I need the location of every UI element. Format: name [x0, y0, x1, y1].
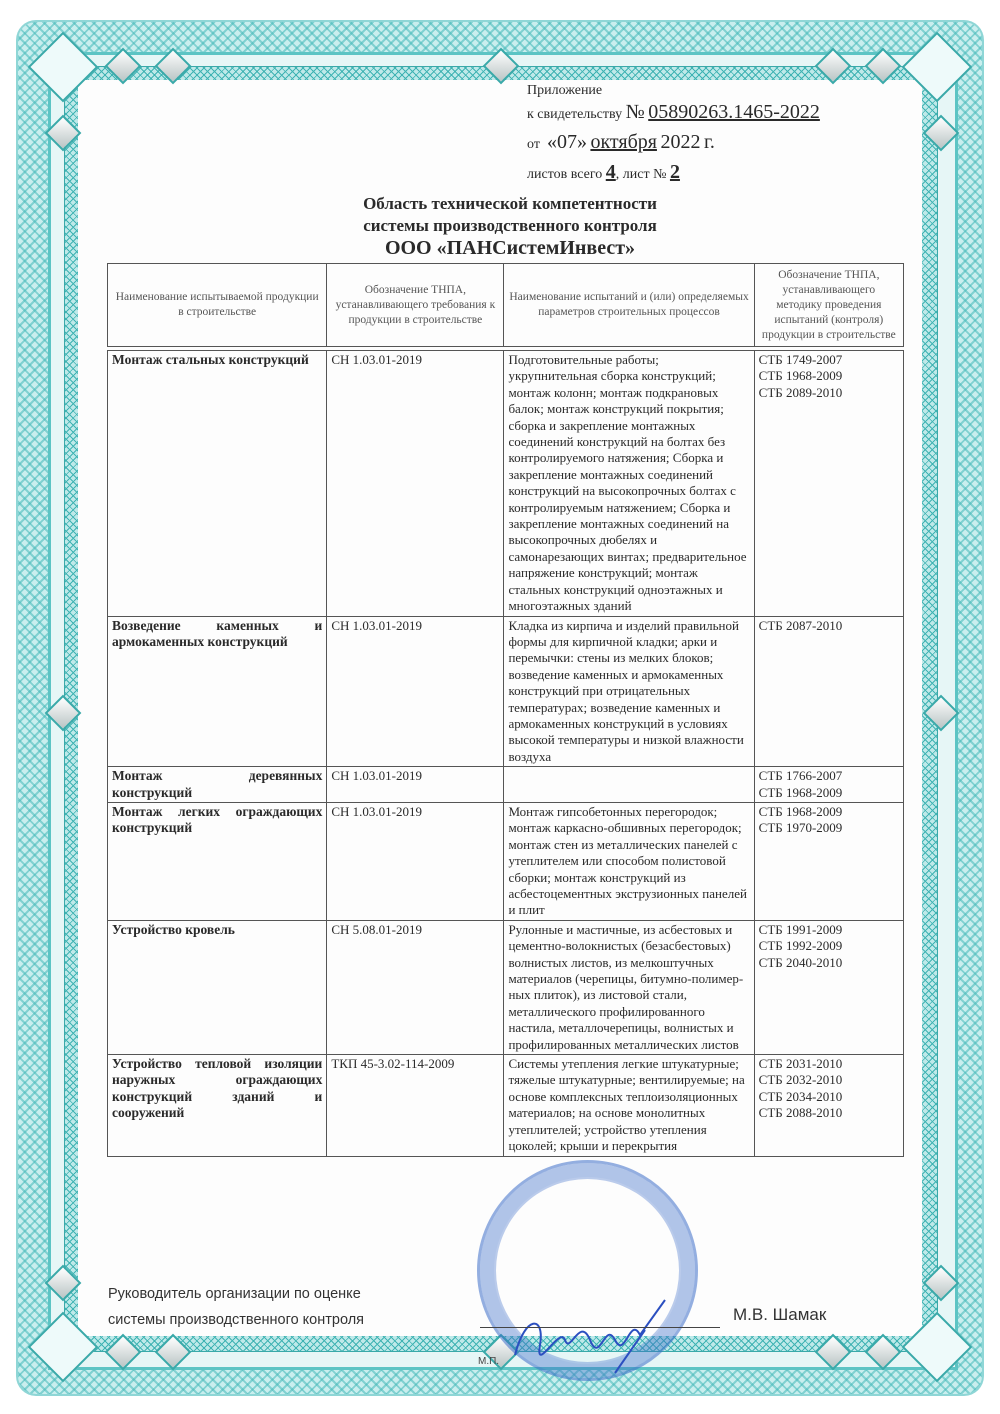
date-year: 2022 [660, 131, 700, 153]
signer-title: Руководитель организации по оценке систе… [108, 1281, 364, 1333]
method-standard: СТБ 1766-2007 [759, 768, 899, 784]
signer-title-line-1: Руководитель организации по оценке [108, 1281, 364, 1307]
method-standard: СТБ 1968-2009 [759, 368, 899, 384]
method-standard: СТБ 2034-2010 [759, 1089, 899, 1105]
product-name: Устройство тепловой изоляции наружных ог… [108, 1055, 327, 1156]
date-suffix: г. [704, 131, 715, 153]
date-prefix: от [527, 137, 540, 152]
certificate-reference: к свидетельству № 05890263.1465-2022 [527, 102, 820, 122]
signature-line [480, 1327, 720, 1328]
method-standard: СТБ 1749-2007 [759, 352, 899, 368]
method-standard: СТБ 1991-2009 [759, 922, 899, 938]
method-standards: СТБ 2087-2010 [754, 616, 903, 767]
test-description [504, 767, 754, 803]
method-standard: СТБ 1970-2009 [759, 820, 899, 836]
product-tnpa: СН 5.08.01-2019 [327, 920, 504, 1054]
column-header-tests: Наименование испытаний и (или) определяе… [504, 264, 754, 347]
document-title: Область технической компетентности систе… [250, 193, 770, 259]
signer-title-line-2: системы производственного контроля [108, 1307, 364, 1333]
method-standards: СТБ 1968-2009СТБ 1970-2009 [754, 802, 903, 920]
product-tnpa: ТКП 45-3.02-114-2009 [327, 1055, 504, 1156]
column-header-product: Наименование испытываемой продукции в ст… [108, 264, 327, 347]
title-line-2: системы производственного контроля [250, 215, 770, 237]
product-name: Монтаж стальных конструкций [108, 351, 327, 617]
sheet-number-sign: № [653, 167, 666, 182]
method-standards: СТБ 1749-2007СТБ 1968-2009СТБ 2089-2010 [754, 351, 903, 617]
method-standard: СТБ 2088-2010 [759, 1105, 899, 1121]
method-standard: СТБ 1968-2009 [759, 804, 899, 820]
product-tnpa: СН 1.03.01-2019 [327, 802, 504, 920]
appendix-label: Приложение [527, 84, 602, 98]
date-day: «07» [547, 131, 587, 153]
sheet-number: 2 [670, 161, 680, 183]
method-standard: СТБ 2040-2010 [759, 955, 899, 971]
method-standard: СТБ 1968-2009 [759, 785, 899, 801]
title-line-1: Область технической компетентности [250, 193, 770, 215]
product-tnpa: СН 1.03.01-2019 [327, 616, 504, 767]
certificate-number: 05890263.1465-2022 [648, 101, 820, 123]
test-description: Подготовительные работы; укрупнительная … [504, 351, 754, 617]
product-tnpa: СН 1.03.01-2019 [327, 351, 504, 617]
signature-icon [505, 1295, 675, 1375]
table-row: Устройство тепловой изоляции наружных ог… [108, 1055, 904, 1156]
method-standards: СТБ 1766-2007СТБ 1968-2009 [754, 767, 903, 803]
column-header-tnpa: Обозначение ТНПА, устанавливающего требо… [327, 264, 504, 347]
table-row: Возведение каменных и армокаменных конст… [108, 616, 904, 767]
method-standard: СТБ 1992-2009 [759, 938, 899, 954]
product-name: Монтаж легких ограждающих конструкций [108, 802, 327, 920]
certificate-date: от «07» октября 2022 г. [527, 132, 715, 152]
method-standards: СТБ 2031-2010СТБ 2032-2010СТБ 2034-2010С… [754, 1055, 903, 1156]
test-description: Монтаж гипсобетонных перегородок; монтаж… [504, 802, 754, 920]
product-name: Возведение каменных и армокаменных конст… [108, 616, 327, 767]
product-tnpa: СН 1.03.01-2019 [327, 767, 504, 803]
test-description: Кладка из кирпича и изделий правильной ф… [504, 616, 754, 767]
table-row: Монтаж деревянных конструкцийСН 1.03.01-… [108, 767, 904, 803]
table-header: Наименование испытываемой продукции в ст… [107, 263, 904, 347]
column-header-methods: Обозначение ТНПА, устанавливающего метод… [754, 264, 903, 347]
organization-name: ООО «ПАНСистемИнвест» [250, 237, 770, 259]
test-description: Системы утепления легкие штукатурные; тя… [504, 1055, 754, 1156]
sheets-total: 4 [606, 161, 616, 183]
method-standard: СТБ 2031-2010 [759, 1056, 899, 1072]
seal-label: М.П. [478, 1356, 499, 1367]
date-month: октября [590, 131, 657, 153]
method-standards: СТБ 1991-2009СТБ 1992-2009СТБ 2040-2010 [754, 920, 903, 1054]
sheet-info: листов всего 4, лист № 2 [527, 162, 680, 182]
table-row: Монтаж стальных конструкцийСН 1.03.01-20… [108, 351, 904, 617]
number-sign: № [626, 101, 645, 123]
certificate-prefix: к свидетельству [527, 107, 622, 122]
competence-table: Монтаж стальных конструкцийСН 1.03.01-20… [107, 350, 904, 1157]
method-standard: СТБ 2089-2010 [759, 385, 899, 401]
sheets-prefix: листов всего [527, 167, 602, 182]
product-name: Монтаж деревянных конструкций [108, 767, 327, 803]
method-standard: СТБ 2087-2010 [759, 618, 899, 634]
signer-name: М.В. Шамак [733, 1305, 826, 1325]
table-row: Монтаж легких ограждающих конструкцийСН … [108, 802, 904, 920]
product-name: Устройство кровель [108, 920, 327, 1054]
table-row: Устройство кровельСН 5.08.01-2019Рулонны… [108, 920, 904, 1054]
test-description: Рулонные и мастичные, из асбестовых и це… [504, 920, 754, 1054]
method-standard: СТБ 2032-2010 [759, 1072, 899, 1088]
sheet-prefix: , лист [616, 167, 650, 182]
